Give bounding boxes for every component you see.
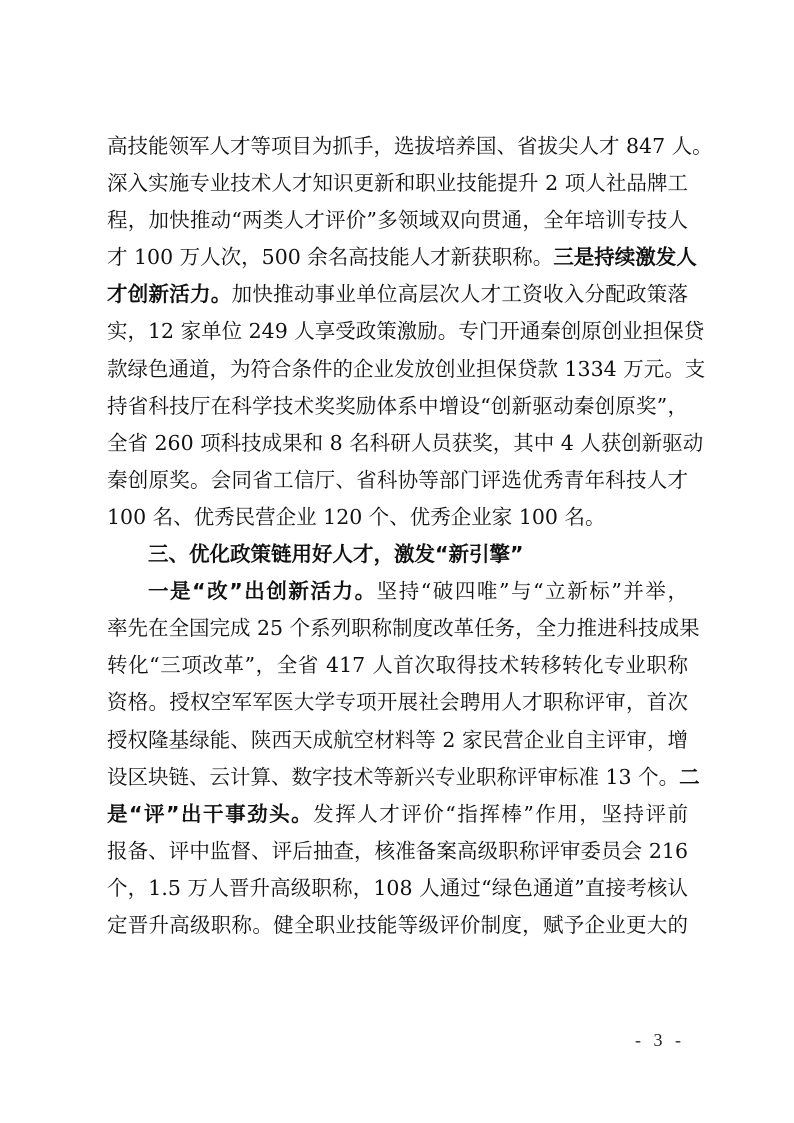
text-line: 是“评”出干事劲头。发挥人才评价“指挥棒”作用，坚持评前 [107, 796, 688, 833]
text-line: 授权隆基绿能、陕西天成航空材料等 2 家民营企业自主评审，增 [107, 722, 688, 759]
line-text: 率先在全国完成 25 个系列职称制度改革任务，全力推进科技成果 [107, 616, 700, 640]
line-text: 100 名、优秀民营企业 120 个、优秀企业家 100 名。 [107, 505, 605, 529]
text-line: 实，12 家单位 249 人享受政策激励。专门开通秦创原创业担保贷 [107, 313, 688, 350]
text-line: 报备、评中监督、评后抽查，核准备案高级职称评审委员会 216 [107, 833, 688, 870]
text-line: 率先在全国完成 25 个系列职称制度改革任务，全力推进科技成果 [107, 610, 688, 647]
line-text: 资格。授权空军军医大学专项开展社会聘用人才职称评审，首次 [107, 690, 688, 714]
heading-text: 三、优化政策链用好人才，激发“新引擎” [148, 542, 523, 566]
line-text: 深入实施专业技术人才知识更新和职业技能提升 2 项人社品牌工 [107, 171, 688, 195]
line-text: 设区块链、云计算、数字技术等新兴专业职称评审标准 13 个。 [107, 765, 679, 789]
line-text: 程，加快推动“两类人才评价”多领域双向贯通，全年培训专技人 [107, 208, 688, 232]
page-number: - 3 - [630, 1030, 690, 1051]
body-text: 高技能领军人才等项目为抓手，选拔培养国、省拔尖人才 847 人。深入实施专业技术… [107, 128, 688, 944]
line-text: 授权隆基绿能、陕西天成航空材料等 2 家民营企业自主评审，增 [107, 728, 688, 752]
text-line: 设区块链、云计算、数字技术等新兴专业职称评审标准 13 个。二 [107, 759, 688, 796]
document-page: 高技能领军人才等项目为抓手，选拔培养国、省拔尖人才 847 人。深入实施专业技术… [0, 0, 794, 1123]
section-heading: 三、优化政策链用好人才，激发“新引擎” [107, 536, 688, 573]
text-line: 资格。授权空军军医大学专项开展社会聘用人才职称评审，首次 [107, 684, 688, 721]
text-line: 个，1.5 万人晋升高级职称，108 人通过“绿色通道”直接考核认 [107, 870, 688, 907]
line-text: 款绿色通道，为符合条件的企业发放创业担保贷款 1334 万元。支 [107, 357, 705, 381]
line-text: 高技能领军人才等项目为抓手，选拔培养国、省拔尖人才 847 人。 [107, 134, 713, 158]
text-line: 深入实施专业技术人才知识更新和职业技能提升 2 项人社品牌工 [107, 165, 688, 202]
line-text: 加快推动事业单位高层次人才工资收入分配政策落 [232, 282, 688, 306]
line-text: 定晋升高级职称。健全职业技能等级评价制度，赋予企业更大的 [107, 913, 688, 937]
text-line: 才创新活力。加快推动事业单位高层次人才工资收入分配政策落 [107, 276, 688, 313]
text-line: 程，加快推动“两类人才评价”多领域双向贯通，全年培训专技人 [107, 202, 688, 239]
line-text: 坚持“破四唯”与“立新标”并举， [377, 579, 688, 603]
text-line: 秦创原奖。会同省工信厅、省科协等部门评选优秀青年科技人才 [107, 462, 688, 499]
bold-lead-phrase: 才创新活力。 [107, 282, 232, 306]
bold-lead-phrase: 一是“改”出创新活力。 [148, 579, 377, 603]
text-line: 定晋升高级职称。健全职业技能等级评价制度，赋予企业更大的 [107, 907, 688, 944]
line-text: 秦创原奖。会同省工信厅、省科协等部门评选优秀青年科技人才 [107, 468, 688, 492]
text-line: 高技能领军人才等项目为抓手，选拔培养国、省拔尖人才 847 人。 [107, 128, 688, 165]
line-text: 持省科技厅在科学技术奖奖励体系中增设“创新驱动秦创原奖”， [107, 394, 688, 418]
line-text: 全省 260 项科技成果和 8 名科研人员获奖，其中 4 人获创新驱动 [107, 431, 703, 455]
bold-lead-phrase: 二 [679, 765, 700, 789]
text-line: 一是“改”出创新活力。坚持“破四唯”与“立新标”并举， [107, 573, 688, 610]
text-line: 款绿色通道，为符合条件的企业发放创业担保贷款 1334 万元。支 [107, 351, 688, 388]
text-line: 持省科技厅在科学技术奖奖励体系中增设“创新驱动秦创原奖”， [107, 388, 688, 425]
line-text: 报备、评中监督、评后抽查，核准备案高级职称评审委员会 216 [107, 839, 688, 863]
text-line: 才 100 万人次，500 余名高技能人才新获职称。三是持续激发人 [107, 239, 688, 276]
bold-lead-phrase: 是“评”出干事劲头。 [107, 802, 313, 826]
line-text: 发挥人才评价“指挥棒”作用，坚持评前 [313, 802, 688, 826]
text-line: 100 名、优秀民营企业 120 个、优秀企业家 100 名。 [107, 499, 688, 536]
line-text: 转化“三项改革”，全省 417 人首次取得技术转移转化专业职称 [107, 653, 688, 677]
text-line: 转化“三项改革”，全省 417 人首次取得技术转移转化专业职称 [107, 647, 688, 684]
text-line: 全省 260 项科技成果和 8 名科研人员获奖，其中 4 人获创新驱动 [107, 425, 688, 462]
line-text: 实，12 家单位 249 人享受政策激励。专门开通秦创原创业担保贷 [107, 319, 704, 343]
line-text: 才 100 万人次，500 余名高技能人才新获职称。 [107, 245, 553, 269]
bold-lead-phrase: 三是持续激发人 [553, 245, 697, 269]
line-text: 个，1.5 万人晋升高级职称，108 人通过“绿色通道”直接考核认 [107, 876, 688, 900]
